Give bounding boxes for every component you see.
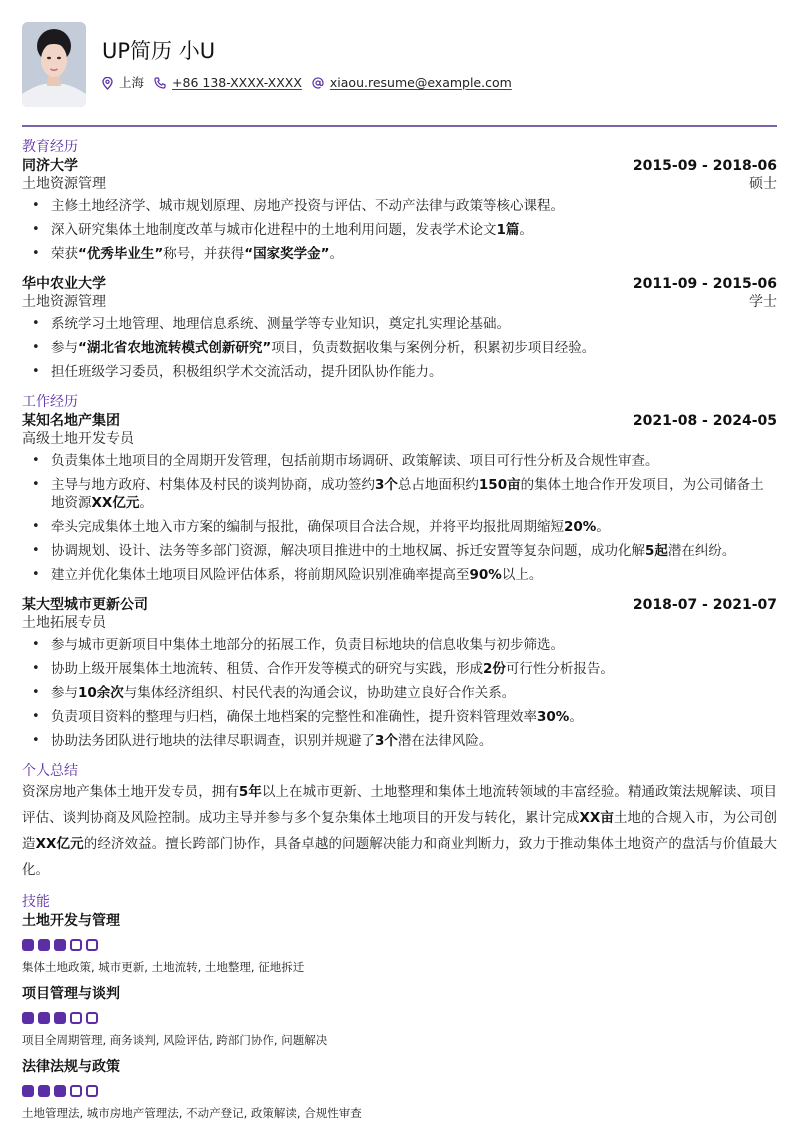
candidate-name: UP简历 小U xyxy=(102,38,215,64)
contact-phone: +86 138-XXXX-XXXX xyxy=(154,74,302,92)
text-segment: 资深房地产集体土地开发专员，拥有 xyxy=(22,784,239,800)
resume-header: UP简历 小U 上海 +86 138-XXXX-XXXX xiaou.resum… xyxy=(22,22,777,108)
work-entry: 某大型城市更新公司 2018-07 - 2021-07 土地拓展专员 参与城市更… xyxy=(22,596,777,750)
text-segment: 总占地面积约 xyxy=(398,477,479,493)
rating-dot-empty-icon xyxy=(70,939,82,951)
date-range: 2018-07 - 2021-07 xyxy=(633,596,777,614)
location-text: 上海 xyxy=(119,74,144,92)
rating-dot-empty-icon xyxy=(86,1085,98,1097)
skill-rating xyxy=(22,939,777,951)
rating-dot-filled-icon xyxy=(54,1012,66,1024)
bullet-item: 协助上级开展集体土地流转、租赁、合作开发等模式的研究与实践，形成2份可行性分析报… xyxy=(22,660,777,678)
rating-dot-filled-icon xyxy=(54,1085,66,1097)
text-segment: 担任班级学习委员，积极组织学术交流活动，提升团队协作能力。 xyxy=(51,364,443,380)
skill-item: 法律法规与政策 土地管理法, 城市房地产管理法, 不动产登记, 政策解读, 合规… xyxy=(22,1058,777,1121)
text-segment: 协助法务团队进行地块的法律尽职调查，识别并规避了 xyxy=(51,733,375,749)
summary-section: 个人总结 资深房地产集体土地开发专员，拥有5年以上在城市更新、土地整理和集体土地… xyxy=(22,762,777,883)
profile-photo xyxy=(22,22,86,107)
major: 土地资源管理 xyxy=(22,175,106,193)
portrait-image xyxy=(22,22,86,107)
skill-item: 项目管理与谈判 项目全周期管理, 商务谈判, 风险评估, 跨部门协作, 问题解决 xyxy=(22,985,777,1048)
resume-body: 教育经历 同济大学 2015-09 - 2018-06 土地资源管理 硕士 主修… xyxy=(22,138,777,1121)
text-segment: 。 xyxy=(330,246,344,262)
text-segment: 主修土地经济学、城市规划原理、房地产投资与评估、不动产法律与政策等核心课程。 xyxy=(51,198,564,214)
education-bullets: 系统学习土地管理、地理信息系统、测量学等专业知识，奠定扎实理论基础。参与“湖北省… xyxy=(22,315,777,381)
rating-dot-empty-icon xyxy=(86,1012,98,1024)
bullet-item: 建立并优化集体土地项目风险评估体系，将前期风险识别准确率提高至90%以上。 xyxy=(22,566,777,584)
bullet-item: 系统学习土地管理、地理信息系统、测量学等专业知识，奠定扎实理论基础。 xyxy=(22,315,777,333)
skill-item: 土地开发与管理 集体土地政策, 城市更新, 土地流转, 土地整理, 征地拆迁 xyxy=(22,912,777,975)
skill-rating xyxy=(22,1085,777,1097)
skill-name: 项目管理与谈判 xyxy=(22,985,777,1004)
highlight-text: XX亿元 xyxy=(92,495,140,511)
education-entry: 同济大学 2015-09 - 2018-06 土地资源管理 硕士 主修土地经济学… xyxy=(22,157,777,263)
skill-rating xyxy=(22,1012,777,1024)
work-section: 工作经历 某知名地产集团 2021-08 - 2024-05 高级土地开发专员 … xyxy=(22,393,777,750)
contact-email: xiaou.resume@example.com xyxy=(312,74,512,92)
text-segment: 称号，并获得 xyxy=(163,246,244,262)
rating-dot-empty-icon xyxy=(70,1085,82,1097)
school-name: 同济大学 xyxy=(22,157,78,175)
bullet-item: 协调规划、设计、法务等多部门资源，解决项目推进中的土地权属、拆迁安置等复杂问题，… xyxy=(22,542,777,560)
highlight-text: 10余次 xyxy=(78,685,124,701)
bullet-item: 主修土地经济学、城市规划原理、房地产投资与评估、不动产法律与政策等核心课程。 xyxy=(22,197,777,215)
text-segment: 与集体经济组织、村民代表的沟通会议，协助建立良好合作关系。 xyxy=(124,685,516,701)
highlight-text: 3个 xyxy=(375,733,398,749)
section-title-education: 教育经历 xyxy=(22,138,777,157)
text-segment: 。 xyxy=(569,709,583,725)
rating-dot-filled-icon xyxy=(54,939,66,951)
rating-dot-filled-icon xyxy=(38,1012,50,1024)
school-name: 华中农业大学 xyxy=(22,275,106,293)
text-segment: 协助上级开展集体土地流转、租赁、合作开发等模式的研究与实践，形成 xyxy=(51,661,483,677)
date-range: 2015-09 - 2018-06 xyxy=(633,157,777,175)
company-name: 某大型城市更新公司 xyxy=(22,596,148,614)
text-segment: 参与 xyxy=(51,685,78,701)
text-segment: 。 xyxy=(596,519,610,535)
rating-dot-empty-icon xyxy=(86,939,98,951)
text-segment: 潜在法律风险。 xyxy=(398,733,493,749)
job-position: 土地拓展专员 xyxy=(22,614,106,632)
contact-location: 上海 xyxy=(102,74,144,92)
highlight-text: XX亿元 xyxy=(36,836,84,852)
text-segment: 项目，负责数据收集与案例分析，积累初步项目经验。 xyxy=(271,340,595,356)
text-segment: 以上。 xyxy=(502,567,543,583)
contact-info: 上海 +86 138-XXXX-XXXX xiaou.resume@exampl… xyxy=(102,74,522,92)
rating-dot-filled-icon xyxy=(22,1012,34,1024)
highlight-text: “优秀毕业生” xyxy=(78,246,163,262)
email-link[interactable]: xiaou.resume@example.com xyxy=(330,74,512,92)
text-segment: 。 xyxy=(139,495,153,511)
education-bullets: 主修土地经济学、城市规划原理、房地产投资与评估、不动产法律与政策等核心课程。深入… xyxy=(22,197,777,263)
text-segment: 荣获 xyxy=(51,246,78,262)
summary-text: 资深房地产集体土地开发专员，拥有5年以上在城市更新、土地整理和集体土地流转领域的… xyxy=(22,779,777,883)
skill-keywords: 项目全周期管理, 商务谈判, 风险评估, 跨部门协作, 问题解决 xyxy=(22,1032,777,1048)
highlight-text: 90% xyxy=(470,567,502,583)
skills-section: 技能 土地开发与管理 集体土地政策, 城市更新, 土地流转, 土地整理, 征地拆… xyxy=(22,893,777,1121)
highlight-text: 3个 xyxy=(375,477,398,493)
date-range: 2021-08 - 2024-05 xyxy=(633,412,777,430)
phone-icon xyxy=(154,77,166,89)
highlight-text: 5年 xyxy=(239,784,262,800)
rating-dot-empty-icon xyxy=(70,1012,82,1024)
text-segment: 主导与地方政府、村集体及村民的谈判协商，成功签约 xyxy=(51,477,375,493)
bullet-item: 牵头完成集体土地入市方案的编制与报批，确保项目合法合规，并将平均报批周期缩短20… xyxy=(22,518,777,536)
highlight-text: XX亩 xyxy=(579,810,614,826)
company-name: 某知名地产集团 xyxy=(22,412,120,430)
bullet-item: 担任班级学习委员，积极组织学术交流活动，提升团队协作能力。 xyxy=(22,363,777,381)
rating-dot-filled-icon xyxy=(22,1085,34,1097)
text-segment: 系统学习土地管理、地理信息系统、测量学等专业知识，奠定扎实理论基础。 xyxy=(51,316,510,332)
bullet-item: 荣获“优秀毕业生”称号，并获得“国家奖学金”。 xyxy=(22,245,777,263)
header-divider xyxy=(22,125,777,127)
bullet-item: 深入研究集体土地制度改革与城市化进程中的土地利用问题，发表学术论文1篇。 xyxy=(22,221,777,239)
at-sign-icon xyxy=(312,77,324,89)
work-entry: 某知名地产集团 2021-08 - 2024-05 高级土地开发专员 负责集体土… xyxy=(22,412,777,584)
text-segment: 负责集体土地项目的全周期开发管理，包括前期市场调研、政策解读、项目可行性分析及合… xyxy=(51,453,659,469)
highlight-text: 20% xyxy=(564,519,596,535)
work-bullets: 负责集体土地项目的全周期开发管理，包括前期市场调研、政策解读、项目可行性分析及合… xyxy=(22,452,777,584)
text-segment: 的经济效益。擅长跨部门协作，具备卓越的问题解决能力和商业判断力，致力于推动集体土… xyxy=(22,836,777,878)
text-segment: 参与 xyxy=(51,340,78,356)
highlight-text: “国家奖学金” xyxy=(244,246,329,262)
bullet-item: 参与“湖北省农地流转模式创新研究”项目，负责数据收集与案例分析，积累初步项目经验… xyxy=(22,339,777,357)
skill-keywords: 土地管理法, 城市房地产管理法, 不动产登记, 政策解读, 合规性审查 xyxy=(22,1105,777,1121)
text-segment: 建立并优化集体土地项目风险评估体系，将前期风险识别准确率提高至 xyxy=(51,567,470,583)
bullet-item: 负责项目资料的整理与归档，确保土地档案的完整性和准确性，提升资料管理效率30%。 xyxy=(22,708,777,726)
text-segment: 。 xyxy=(519,222,533,238)
text-segment: 协调规划、设计、法务等多部门资源，解决项目推进中的土地权属、拆迁安置等复杂问题，… xyxy=(51,543,645,559)
date-range: 2011-09 - 2015-06 xyxy=(633,275,777,293)
bullet-item: 参与城市更新项目中集体土地部分的拓展工作，负责目标地块的信息收集与初步筛选。 xyxy=(22,636,777,654)
highlight-text: 150亩 xyxy=(479,477,521,493)
major: 土地资源管理 xyxy=(22,293,106,311)
bullet-item: 主导与地方政府、村集体及村民的谈判协商，成功签约3个总占地面积约150亩的集体土… xyxy=(22,476,777,512)
highlight-text: 2份 xyxy=(483,661,506,677)
job-position: 高级土地开发专员 xyxy=(22,430,134,448)
text-segment: 可行性分析报告。 xyxy=(506,661,614,677)
degree: 硕士 xyxy=(749,175,777,193)
degree: 学士 xyxy=(749,293,777,311)
text-segment: 参与城市更新项目中集体土地部分的拓展工作，负责目标地块的信息收集与初步筛选。 xyxy=(51,637,564,653)
text-segment: 牵头完成集体土地入市方案的编制与报批，确保项目合法合规，并将平均报批周期缩短 xyxy=(51,519,564,535)
rating-dot-filled-icon xyxy=(22,939,34,951)
section-title-skills: 技能 xyxy=(22,893,777,912)
text-segment: 深入研究集体土地制度改革与城市化进程中的土地利用问题，发表学术论文 xyxy=(51,222,497,238)
highlight-text: 1篇 xyxy=(497,222,520,238)
education-section: 教育经历 同济大学 2015-09 - 2018-06 土地资源管理 硕士 主修… xyxy=(22,138,777,381)
rating-dot-filled-icon xyxy=(38,1085,50,1097)
bullet-item: 协助法务团队进行地块的法律尽职调查，识别并规避了3个潜在法律风险。 xyxy=(22,732,777,750)
highlight-text: 5起 xyxy=(645,543,668,559)
section-title-work: 工作经历 xyxy=(22,393,777,412)
location-pin-icon xyxy=(102,77,113,90)
rating-dot-filled-icon xyxy=(38,939,50,951)
education-entry: 华中农业大学 2011-09 - 2015-06 土地资源管理 学士 系统学习土… xyxy=(22,275,777,381)
work-bullets: 参与城市更新项目中集体土地部分的拓展工作，负责目标地块的信息收集与初步筛选。协助… xyxy=(22,636,777,750)
highlight-text: “湖北省农地流转模式创新研究” xyxy=(78,340,271,356)
text-segment: 潜在纠纷。 xyxy=(668,543,736,559)
highlight-text: 30% xyxy=(537,709,569,725)
bullet-item: 负责集体土地项目的全周期开发管理，包括前期市场调研、政策解读、项目可行性分析及合… xyxy=(22,452,777,470)
skill-name: 法律法规与政策 xyxy=(22,1058,777,1077)
skill-name: 土地开发与管理 xyxy=(22,912,777,931)
skill-keywords: 集体土地政策, 城市更新, 土地流转, 土地整理, 征地拆迁 xyxy=(22,959,777,975)
text-segment: 负责项目资料的整理与归档，确保土地档案的完整性和准确性，提升资料管理效率 xyxy=(51,709,537,725)
bullet-item: 参与10余次与集体经济组织、村民代表的沟通会议，协助建立良好合作关系。 xyxy=(22,684,777,702)
phone-link[interactable]: +86 138-XXXX-XXXX xyxy=(172,74,302,92)
